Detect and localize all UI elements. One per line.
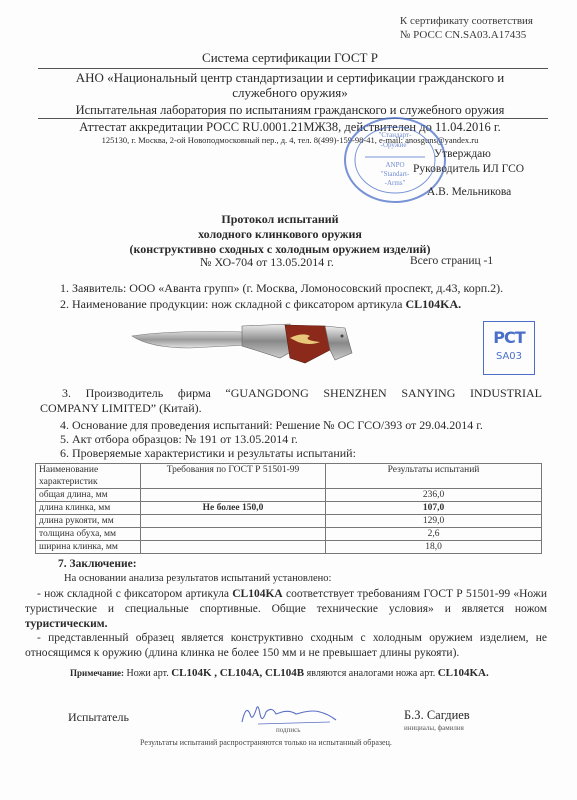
row-name: общая длина, мм bbox=[36, 489, 141, 502]
approve-label: Утверждаю bbox=[434, 148, 491, 160]
row-requirement bbox=[141, 541, 326, 554]
accreditation: Аттестат аккредитации РОСС RU.0001.21МЖ3… bbox=[30, 120, 550, 135]
conclusion-product-code: CL104KA bbox=[232, 588, 282, 600]
header-characteristic: Наименование характеристик bbox=[36, 464, 141, 489]
organization-line1: АНО «Национальный центр стандартизации и… bbox=[30, 70, 550, 85]
stamp-line: "Стандарт- bbox=[379, 131, 413, 139]
protocol-title-line2: холодного клинкового оружия bbox=[90, 227, 470, 242]
row-name: ширина клинка, мм bbox=[36, 541, 141, 554]
svg-text:-Оружие": -Оружие" bbox=[381, 141, 410, 149]
organization-line2: служебного оружия» bbox=[30, 85, 550, 100]
checked-characteristics: 6. Проверяемые характеристики и результа… bbox=[60, 446, 356, 460]
test-basis: 4. Основание для проведения испытаний: Р… bbox=[60, 418, 483, 432]
svg-text:"Standart-: "Standart- bbox=[381, 170, 410, 178]
header-requirements: Требования по ГОСТ Р 51501-99 bbox=[141, 464, 326, 489]
row-name: длина рукояти, мм bbox=[36, 515, 141, 528]
cert-ref-number: № РОСС CN.SA03.A17435 bbox=[400, 28, 533, 42]
rst-code: SA03 bbox=[484, 351, 534, 362]
note: Примечание: Ножи арт. CL104K , CL104A, C… bbox=[70, 667, 489, 679]
row-result: 129,0 bbox=[326, 515, 542, 528]
svg-text:ANPO: ANPO bbox=[385, 161, 404, 169]
protocol-title: Протокол испытаний холодного клинкового … bbox=[90, 212, 470, 257]
conclusion-knife-type: туристическим. bbox=[25, 618, 107, 630]
tester-name: Б.З. Сагдиев bbox=[404, 708, 470, 723]
results-table: Наименование характеристик Требования по… bbox=[35, 463, 542, 554]
table-row: общая длина, мм 236,0 bbox=[36, 489, 542, 502]
note-label: Примечание: bbox=[70, 668, 124, 678]
row-result: 2,6 bbox=[326, 528, 542, 541]
row-requirement bbox=[141, 489, 326, 502]
manufacturer-line2: COMPANY LIMITED” (Китай). bbox=[40, 401, 202, 415]
tester-name-label: инициалы, фамилия bbox=[404, 724, 464, 732]
cert-ref-line1: К сертификату соответствия bbox=[400, 14, 533, 28]
row-result: 236,0 bbox=[326, 489, 542, 502]
conclusion-paragraph-1: - нож складной с фиксатором артикула CL1… bbox=[25, 587, 547, 632]
approver-name: А.В. Мельникова bbox=[427, 186, 511, 198]
knife-image bbox=[130, 318, 355, 368]
product-code: CL104KA. bbox=[405, 297, 461, 311]
divider bbox=[38, 118, 548, 119]
certification-system: Система сертификации ГОСТ Р bbox=[30, 50, 550, 66]
signature-label: подпись bbox=[276, 726, 300, 734]
certificate-reference: К сертификату соответствия № РОСС CN.SA0… bbox=[400, 14, 533, 42]
sample-act: 5. Акт отбора образцов: № 191 от 13.05.2… bbox=[60, 432, 298, 446]
row-name: толщина обуха, мм bbox=[36, 528, 141, 541]
product-prefix: 2. Наименование продукции: нож складной … bbox=[60, 297, 405, 311]
row-requirement: Не более 150,0 bbox=[141, 502, 326, 515]
manufacturer-line1: 3. Производитель фирма “GUANGDONG SHENZH… bbox=[62, 386, 542, 400]
product-name: 2. Наименование продукции: нож складной … bbox=[60, 297, 461, 311]
svg-text:-Arms": -Arms" bbox=[385, 179, 406, 187]
organization-name: АНО «Национальный центр стандартизации и… bbox=[30, 70, 550, 100]
row-requirement bbox=[141, 528, 326, 541]
row-result: 18,0 bbox=[326, 541, 542, 554]
protocol-title-line1: Протокол испытаний bbox=[90, 212, 470, 227]
conclusion-paragraph-2: - представленный образец является констр… bbox=[25, 631, 547, 661]
row-result: 107,0 bbox=[326, 502, 542, 515]
table-header-row: Наименование характеристик Требования по… bbox=[36, 464, 542, 489]
protocol-number: № ХО-704 от 13.05.2014 г. bbox=[200, 255, 334, 270]
table-row: длина клинка, мм Не более 150,0 107,0 bbox=[36, 502, 542, 515]
lab-address: 125130, г. Москва, 2-ой Новоподмосковный… bbox=[30, 135, 550, 145]
conclusion-intro: На основании анализа результатов испытан… bbox=[64, 573, 331, 584]
header-results: Результаты испытаний bbox=[326, 464, 542, 489]
applicant: 1. Заявитель: ООО «Аванта групп» (г. Мос… bbox=[60, 281, 503, 295]
rst-certification-mark: РСТ SA03 bbox=[483, 321, 535, 375]
conclusion-heading: 7. Заключение: bbox=[58, 558, 137, 570]
signature-icon bbox=[238, 700, 338, 728]
approver-title: Руководитель ИЛ ГСО bbox=[413, 163, 524, 175]
note-codes: CL104K , CL104A, CL104B bbox=[171, 667, 304, 679]
table-row: толщина обуха, мм 2,6 bbox=[36, 528, 542, 541]
footer-note: Результаты испытаний распространяются то… bbox=[140, 738, 392, 747]
page-count: Всего страниц -1 bbox=[410, 255, 493, 267]
table-row: длина рукояти, мм 129,0 bbox=[36, 515, 542, 528]
rst-logo-icon: РСТ bbox=[484, 328, 534, 347]
divider bbox=[38, 68, 548, 69]
note-product-code: CL104KA. bbox=[438, 667, 489, 679]
laboratory-name: Испытательная лаборатория по испытаниям … bbox=[30, 103, 550, 118]
row-requirement bbox=[141, 515, 326, 528]
table-row: ширина клинка, мм 18,0 bbox=[36, 541, 542, 554]
row-name: длина клинка, мм bbox=[36, 502, 141, 515]
tester-role: Испытатель bbox=[68, 710, 129, 725]
